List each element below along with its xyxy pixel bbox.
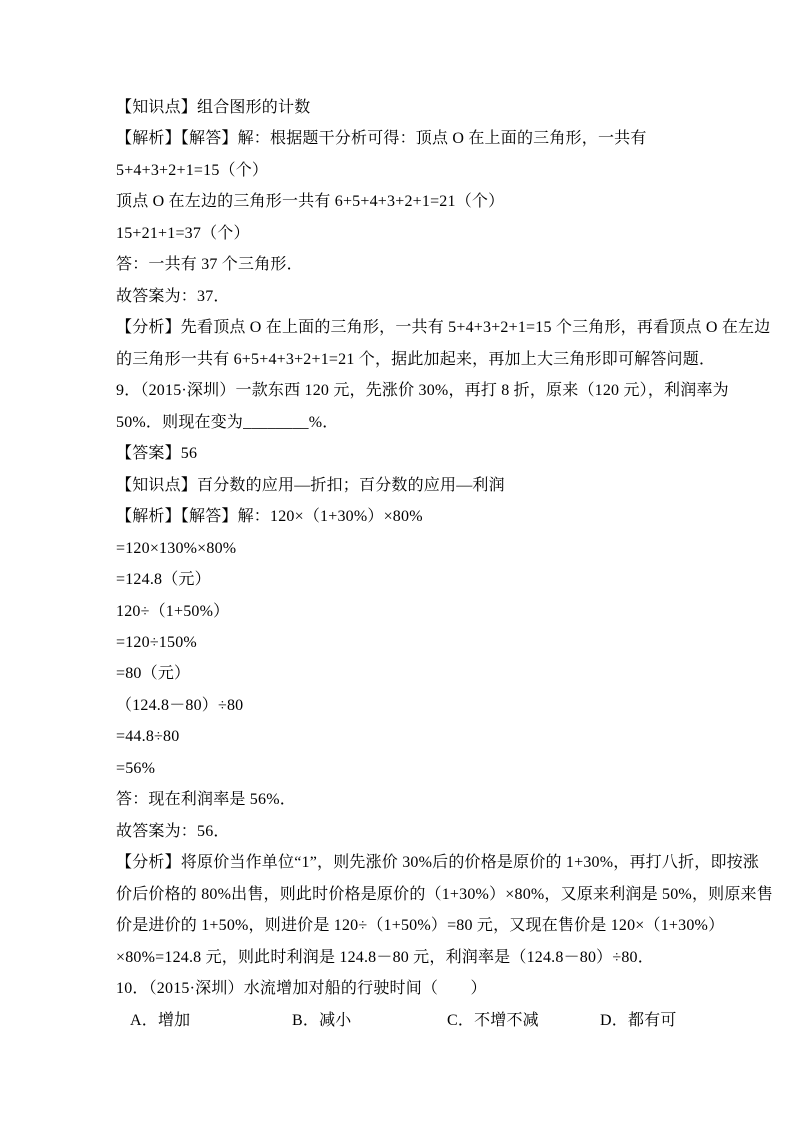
text-line-equation: =44.8÷80 — [116, 721, 678, 752]
text-line-equation: =56% — [116, 753, 678, 784]
option-d: D．都有可 — [600, 1005, 677, 1036]
options-row: A．增加 B．减小 C．不增不减 D．都有可 — [116, 1005, 678, 1036]
text-line-analysis-1-cont: 的三角形一共有 6+5+4+3+2+1=21 个，据此加起来，再加上大三角形即可… — [116, 344, 678, 375]
text-area: 【知识点】组合图形的计数 【解析】【解答】解：根据题干分析可得：顶点 O 在上面… — [116, 92, 678, 1036]
option-a: A．增加 — [130, 1005, 190, 1036]
text-line-solution: 顶点 O 在左边的三角形一共有 6+5+4+3+2+1=21（个） — [116, 186, 678, 217]
text-line-equation: =120×130%×80% — [116, 533, 678, 564]
text-line-equation: =124.8（元） — [116, 564, 678, 595]
text-line-question-9-blank: 50%．则现在变为________%． — [116, 407, 678, 438]
text-line-solution-intro-1: 【解析】【解答】解：根据题干分析可得：顶点 O 在上面的三角形，一共有 — [116, 123, 678, 154]
text-line-answer-statement: 答：一共有 37 个三角形． — [116, 249, 678, 280]
text-line-answer-statement: 答：现在利润率是 56%． — [116, 784, 678, 815]
text-line-knowledge-point-1: 【知识点】组合图形的计数 — [116, 92, 678, 123]
option-b: B．减小 — [292, 1005, 351, 1036]
text-line-equation: 5+4+3+2+1=15（个） — [116, 155, 678, 186]
option-c: C．不增不减 — [447, 1005, 539, 1036]
text-line-equation: 120÷（1+50%） — [116, 596, 678, 627]
text-line-final-answer: 故答案为：56． — [116, 816, 678, 847]
text-line-analysis-2: 【分析】将原价当作单位“1”，则先涨价 30%后的价格是原价的 1+30%，再打… — [116, 847, 678, 878]
text-line-question-9: 9．（2015·深圳）一款东西 120 元，先涨价 30%，再打 8 折，原来（… — [116, 375, 678, 406]
text-line-equation: =80（元） — [116, 658, 678, 689]
text-line-analysis-2-cont: 价后价格的 80%出售，则此时价格是原价的（1+30%）×80%，又原来利润是 … — [116, 879, 678, 910]
text-line-analysis-2-cont: ×80%=124.8 元，则此时利润是 124.8－80 元，利润率是（124.… — [116, 942, 678, 973]
text-line-knowledge-point-2: 【知识点】百分数的应用—折扣；百分数的应用—利润 — [116, 470, 678, 501]
text-line-analysis-1: 【分析】先看顶点 O 在上面的三角形，一共有 5+4+3+2+1=15 个三角形… — [116, 312, 678, 343]
document-page: 【知识点】组合图形的计数 【解析】【解答】解：根据题干分析可得：顶点 O 在上面… — [0, 0, 794, 1123]
text-line-analysis-2-cont: 价是进价的 1+50%，则进价是 120÷（1+50%）=80 元，又现在售价是… — [116, 910, 678, 941]
text-line-equation: =120÷150% — [116, 627, 678, 658]
text-line-final-answer: 故答案为：37． — [116, 281, 678, 312]
text-line-equation: （124.8－80）÷80 — [116, 690, 678, 721]
text-line-question-10: 10．（2015·深圳）水流增加对船的行驶时间（ ） — [116, 973, 678, 1004]
text-line-equation: 15+21+1=37（个） — [116, 218, 678, 249]
text-line-answer-label: 【答案】56 — [116, 438, 678, 469]
text-line-solution-intro-2: 【解析】【解答】解：120×（1+30%）×80% — [116, 501, 678, 532]
